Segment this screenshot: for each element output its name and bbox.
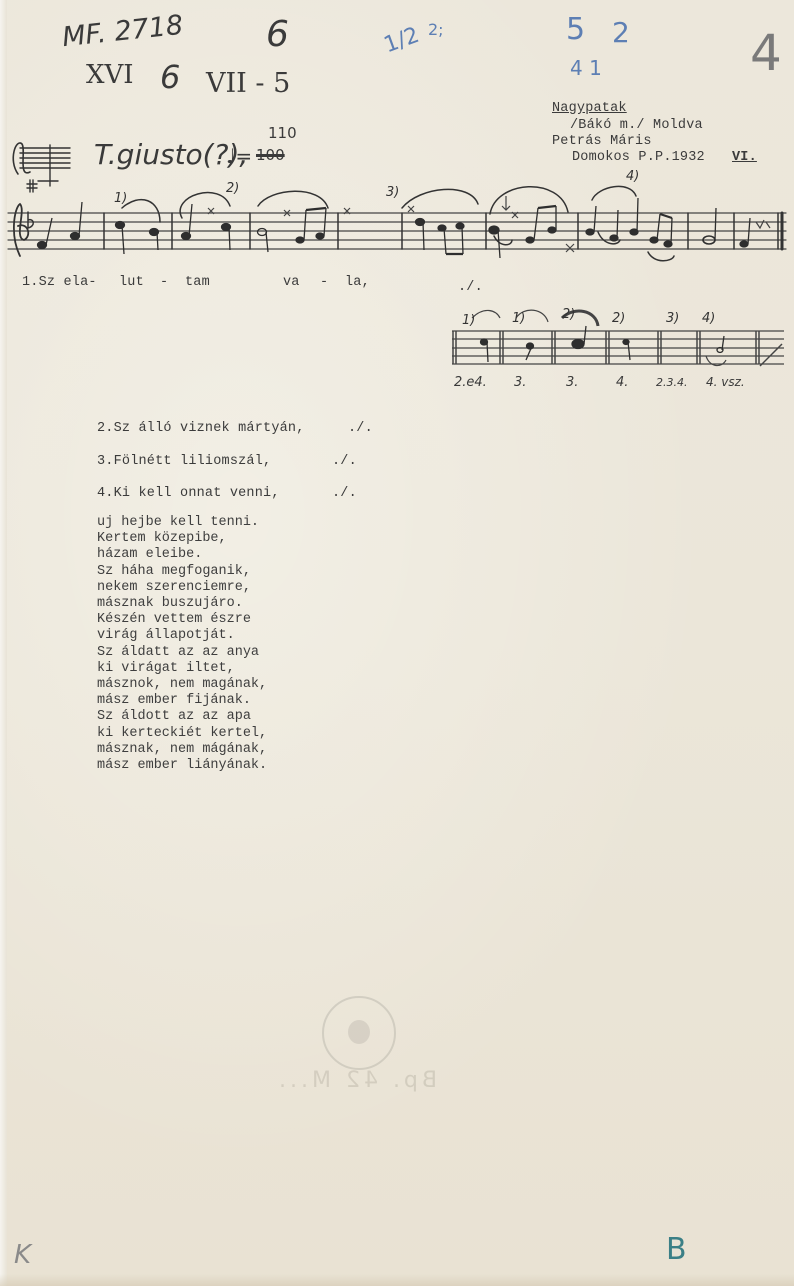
- svg-text:1): 1): [114, 191, 127, 206]
- verse-line: nekem szerenciemre,: [97, 580, 267, 596]
- verse-line: virág állapotját.: [97, 628, 267, 644]
- lyric-syllable: -: [320, 275, 328, 290]
- svg-text:1): 1): [512, 311, 525, 326]
- lyric-syllable: la,: [345, 275, 370, 290]
- svg-text:2): 2): [612, 311, 625, 326]
- lyric-syllable: lut: [119, 275, 144, 290]
- lyric-repeat-mark: ./.: [458, 280, 483, 295]
- footer-mark-right: B: [666, 1232, 687, 1267]
- paper-bottom-edge: [0, 1274, 794, 1286]
- verse-line: mász ember fijának.: [97, 693, 267, 709]
- lyric-syllable: -: [160, 275, 168, 290]
- lyric-syllable: tam: [185, 275, 210, 290]
- svg-text:4. vsz.: 4. vsz.: [706, 375, 745, 389]
- svg-text:4): 4): [702, 311, 715, 326]
- verse-line: Sz áldatt az az anya: [97, 645, 267, 661]
- svg-text:4): 4): [626, 169, 639, 184]
- stanza-repeat-mark: ./.: [332, 486, 357, 501]
- stanza-repeat-mark: ./.: [332, 454, 357, 469]
- footer-mark-left: K: [14, 1240, 31, 1270]
- svg-text:3.: 3.: [514, 375, 526, 390]
- lyric-syllable: va: [283, 275, 300, 290]
- verse-line: mász ember liányának.: [97, 758, 267, 774]
- stanza-opening: 2.Sz álló viznek mártyán,: [97, 421, 305, 436]
- ambitus-sketch: [13, 143, 70, 192]
- svg-text:1): 1): [462, 313, 475, 328]
- svg-text:2.3.4.: 2.3.4.: [656, 376, 688, 389]
- verse-line: másznok, nem magának,: [97, 677, 267, 693]
- stanza-opening: 3.Fölnétt liliomszál,: [97, 454, 271, 469]
- svg-text:4.: 4.: [616, 375, 628, 390]
- stanza-opening: 4.Ki kell onnat venni,: [97, 486, 280, 501]
- svg-text:2.e4.: 2.e4.: [454, 375, 487, 390]
- verse-line: Kertem közepibe,: [97, 531, 267, 547]
- bleed-through-text: Bp. 42 M...: [275, 1068, 437, 1093]
- svg-text:3): 3): [386, 185, 399, 200]
- music-notation: 1) 2) 3) 4) 1) 1): [0, 0, 794, 400]
- verse-line: uj hejbe kell tenni.: [97, 515, 267, 531]
- svg-text:2): 2): [562, 307, 575, 322]
- faint-archive-stamp: [322, 996, 396, 1070]
- verse-line: házam eleibe.: [97, 547, 267, 563]
- verse-line: másznak buszujáro.: [97, 596, 267, 612]
- verse-line: Sz áldott az az apa: [97, 709, 267, 725]
- verse-line: Készén vettem észre: [97, 612, 267, 628]
- stanza-repeat-mark: ./.: [348, 421, 373, 436]
- verse-text: uj hejbe kell tenni. Kertem közepibe, há…: [97, 515, 267, 774]
- lyric-syllable: 1.Sz ela-: [22, 275, 97, 290]
- verse-line: másznak, nem mágának,: [97, 742, 267, 758]
- svg-text:3): 3): [666, 311, 679, 326]
- svg-text:3.: 3.: [566, 375, 578, 390]
- svg-text:2): 2): [226, 181, 239, 196]
- verse-line: ki kerteckiét kertel,: [97, 726, 267, 742]
- verse-line: Sz háha megfoganik,: [97, 564, 267, 580]
- verse-line: ki virágat iltet,: [97, 661, 267, 677]
